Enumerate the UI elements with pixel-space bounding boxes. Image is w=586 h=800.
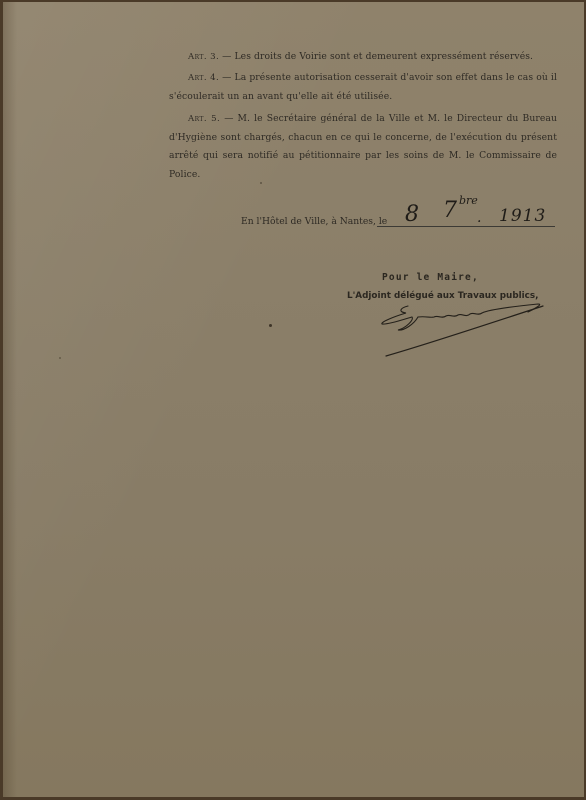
handwritten-day: 8: [405, 202, 419, 227]
article-3-dash: —: [222, 51, 231, 62]
signature-title: Pour le Maire,: [382, 272, 479, 283]
paper-speck: [260, 182, 262, 184]
article-3-label: Art. 3.: [188, 52, 219, 62]
article-3: Art. 3. — Les droits de Voirie sont et d…: [169, 48, 557, 67]
article-5-dash: —: [224, 113, 233, 124]
date-fill-rule: [377, 226, 555, 227]
article-4-label: Art. 4.: [188, 73, 219, 83]
handwritten-month-superscript: bre: [459, 194, 478, 207]
handwritten-month: 7: [443, 198, 457, 223]
document-page: Art. 3. — Les droits de Voirie sont et d…: [3, 2, 584, 797]
scanned-document-frame: Art. 3. — Les droits de Voirie sont et d…: [0, 0, 586, 800]
date-line-prefix: En l'Hôtel de Ville, à Nantes, le: [241, 216, 387, 227]
paper-speck: [269, 324, 272, 327]
handwritten-separator: .: [477, 210, 481, 226]
article-5-label: Art. 5.: [188, 114, 220, 124]
handwritten-year: 1913: [499, 206, 546, 226]
article-4-dash: —: [222, 72, 231, 83]
handwritten-signature-icon: [378, 300, 553, 358]
article-3-text: Les droits de Voirie sont et demeurent e…: [234, 51, 533, 62]
article-5: Art. 5. — M. le Secrétaire général de la…: [169, 110, 557, 184]
paper-speck: [59, 357, 61, 359]
article-4: Art. 4. — La présente autorisation cesse…: [169, 69, 557, 106]
